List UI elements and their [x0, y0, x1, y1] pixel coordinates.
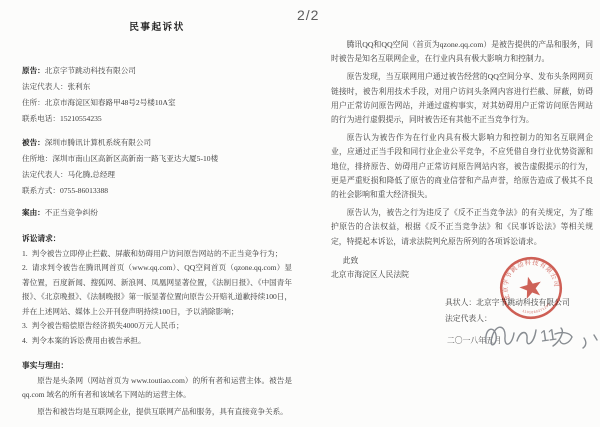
claim-item: 4.判令本案的诉讼费用由被告承担。 [22, 334, 292, 349]
claim-number: 2. [22, 263, 28, 272]
handwritten-signature: 11 [448, 315, 600, 363]
claim-item: 1.判令被告立即停止拦截、屏蔽和妨碍用户访问原告网站的不正当竞争行为； [22, 247, 292, 262]
star-icon [517, 274, 544, 300]
defendant-name: 深圳市腾讯计算机系统有限公司 [45, 138, 151, 147]
signature-stroke [486, 327, 514, 345]
signature-stroke [517, 330, 536, 344]
claim-item: 3.判令被告赔偿原告经济损失4000万元人民币； [22, 319, 292, 334]
claim-text: 判令被告立即停止拦截、屏蔽和妨碍用户访问原告网站的不正当竞争行为； [32, 249, 283, 258]
body-paragraph: 原告认为被告作为在行业内具有极大影响力和控制力的知名互联网企业，应通过正当手段和… [331, 131, 593, 202]
claim-number: 1. [22, 249, 28, 258]
plaintiff-label: 原告： [22, 66, 45, 75]
fact-paragraph: 原告和被告均是互联网企业，提供互联网产品和服务，具有直接竞争关系。 [22, 405, 292, 420]
document-title: 民事起诉状 [22, 22, 292, 34]
signature-stroke [583, 338, 586, 348]
handwritten-day: 11 [539, 327, 558, 346]
claim-number: 4. [22, 336, 28, 345]
body-paragraph: 原告认为，被告之行为违反了《反不正当竞争法》的有关规定，为了维护原告的合法权益，… [331, 206, 593, 249]
defendant-label: 被告： [22, 138, 45, 147]
plaintiff-detail-line: 住所：北京市海淀区知春路甲48号2号楼10A室 [22, 95, 292, 111]
claim-item: 2.请求判令被告在腾讯网首页（www.qq.com）、QQ空间首页（qzone.… [22, 261, 292, 319]
facts-header: 事实与理由： [22, 359, 292, 374]
defendant-block: 被告：深圳市腾讯计算机系统有限公司 住所地：深圳市南山区高新区高新南一路飞亚达大… [22, 135, 292, 199]
document-viewer: 2/2 民事起诉状 原告：北京字节跳动科技有限公司 法定代表人：张利东住所：北京… [0, 0, 600, 427]
defendant-detail-line: 住所地：深圳市南山区高新区高新南一路飞亚达大厦5-10楼 [22, 151, 292, 167]
plaintiff-detail-line: 联系电话：15210554235 [22, 111, 292, 127]
claim-text: 请求判令被告在腾讯网首页（www.qq.com）、QQ空间首页（qzone.qq… [22, 263, 292, 316]
signature-stroke [594, 335, 597, 340]
claim-text: 判令本案的诉讼费用由被告承担。 [32, 336, 146, 345]
plaintiff-detail-line: 法定代表人：张利东 [22, 79, 292, 95]
defendant-line: 被告：深圳市腾讯计算机系统有限公司 [22, 135, 292, 151]
cause-label: 案由： [22, 208, 45, 217]
plaintiff-block: 原告：北京字节跳动科技有限公司 法定代表人：张利东住所：北京市海淀区知春路甲48… [22, 63, 292, 127]
claim-number: 3. [22, 321, 28, 330]
cause-line: 案由：不正当竞争纠纷 [22, 205, 292, 221]
claim-text: 判令被告赔偿原告经济损失4000万元人民币； [32, 321, 184, 330]
defendant-detail-line: 联系方式：0755-86013388 [22, 183, 292, 199]
defendant-detail-line: 法定代表人：马化腾,总经理 [22, 167, 292, 183]
plaintiff-name: 北京字节跳动科技有限公司 [45, 66, 136, 75]
plaintiff-line: 原告：北京字节跳动科技有限公司 [22, 63, 292, 79]
page-indicator: 2/2 [297, 7, 319, 23]
body-paragraph: 腾讯QQ和QQ空间（首页为qzone.qq.com）是被告提供的产品和服务，同时… [331, 38, 593, 66]
cause-text: 不正当竞争纠纷 [45, 208, 98, 217]
claims-header: 诉讼请求： [22, 232, 292, 247]
complaint-page-1: 民事起诉状 原告：北京字节跳动科技有限公司 法定代表人：张利东住所：北京市海淀区… [22, 16, 292, 421]
body-paragraph: 原告发现，当互联网用户通过被告经营的QQ空间分享、发布头条网网页链接时，被告利用… [331, 70, 593, 127]
fact-paragraph: 原告是头条网（网站首页为 www.toutiao.com）的所有者和运营主体。被… [22, 374, 292, 403]
